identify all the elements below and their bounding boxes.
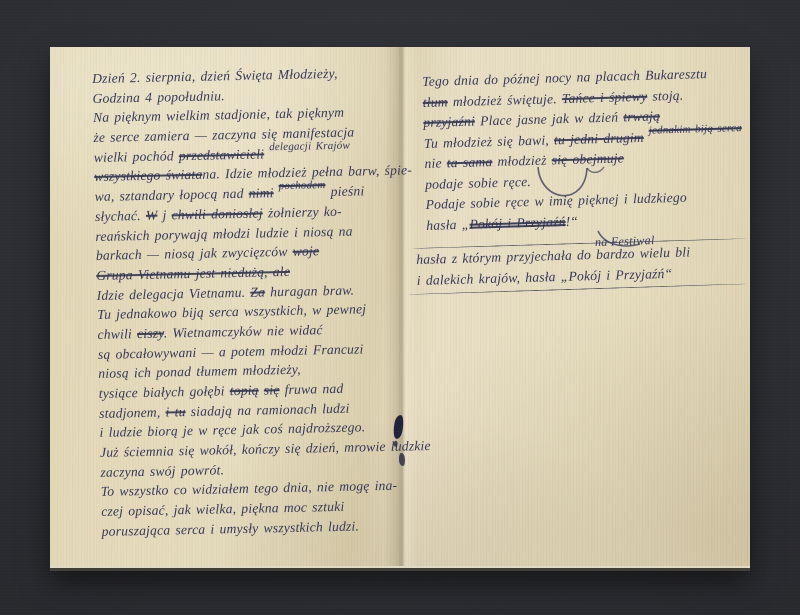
handwritten-text: stadjonem,	[99, 404, 166, 420]
handwritten-text: zaczyna swój powrót.	[100, 462, 224, 480]
manuscript-paper: Dzień 2. sierpnia, dzień Święta Młodzież…	[50, 47, 750, 566]
handwritten-text: młodzież świętuje.	[448, 91, 563, 109]
handwritten-text: wa, sztandary łopocą nad	[94, 186, 248, 204]
handwritten-text: Tu młodzież się bawi,	[424, 132, 554, 151]
struck-out-text: W	[146, 207, 158, 222]
handwritten-text	[264, 146, 269, 161]
struck-out-text: trwają	[623, 108, 660, 124]
right-page-text-upper: Tego dnia do późnej nocy na placach Buka…	[422, 65, 756, 238]
handwritten-text: fruwa nad	[279, 381, 343, 397]
handwritten-text: stoją.	[647, 87, 684, 103]
handwritten-text: wielki pochód	[94, 148, 179, 165]
handwritten-text: żołnierzy ko-	[263, 204, 342, 221]
struck-out-text: ciszy	[137, 325, 164, 341]
struck-out-text: topią	[230, 383, 259, 399]
handwritten-text: Place jasne jak w dzień	[475, 109, 624, 128]
handwritten-text: Tego dnia do późnej nocy na placach Buka…	[422, 66, 707, 89]
struck-out-text: się	[264, 382, 280, 397]
inserted-text: delegacji Krajów	[269, 139, 350, 153]
struck-out-text: przedstawicieli	[179, 146, 265, 163]
handwritten-text: huragan braw.	[265, 282, 354, 299]
handwritten-text: Godzina 4 popołudniu.	[92, 88, 224, 106]
struck-out-text: woje	[292, 243, 319, 259]
struck-out-text: przyjaźni	[423, 114, 475, 130]
struck-out-text: tu jedni drugim	[554, 129, 644, 147]
struck-out-text: Pokój i Przyjaźń	[469, 214, 565, 232]
struck-out-text: ta sama	[447, 154, 493, 170]
struck-out-text: się obejmuje	[552, 150, 625, 167]
inserted-text: pochodem	[279, 179, 326, 192]
handwritten-text: młodzież	[492, 152, 552, 169]
handwritten-text: barkach — niosą jak zwycięzców	[96, 244, 293, 263]
handwritten-text: podaje sobie ręce.	[425, 174, 531, 192]
handwritten-text: siadają na ramionach ludzi	[185, 400, 349, 418]
handwritten-text: chwili	[97, 326, 137, 342]
struck-out-text: i tu	[165, 404, 185, 419]
struck-out-text: Grupa Vietnamu jest niedużą, ale	[96, 264, 290, 283]
manuscript-photo: Dzień 2. sierpnia, dzień Święta Młodzież…	[0, 0, 800, 615]
handwritten-text: !“	[565, 213, 578, 228]
handwritten-text: Idzie delegacja Vietnamu.	[97, 284, 251, 302]
struck-out-text: tłum	[423, 94, 448, 110]
struck-out-text: Za	[250, 284, 265, 299]
handwritten-text: słychać.	[95, 208, 146, 224]
handwritten-text: hasła „	[426, 216, 470, 232]
handwritten-text: hasła z którym przyjechała do bardzo wie…	[416, 244, 690, 267]
struck-out-text: chwili doniosłej	[171, 205, 262, 222]
handwritten-text: tysiące białych gołębi	[99, 383, 230, 401]
struck-out-text: Tańce i śpiewy	[562, 88, 648, 105]
handwritten-text: j	[157, 207, 171, 222]
left-page-text: Dzień 2. sierpnia, dzień Święta Młodzież…	[92, 64, 422, 543]
handwritten-text: . Wietnamczyków nie widać	[164, 322, 323, 340]
handwritten-text: pieśni	[325, 183, 364, 199]
handwritten-text: nie	[424, 155, 447, 171]
handwritten-text: niosą ich ponad tłumem młodzieży,	[98, 362, 301, 381]
handwritten-text: Dzień 2. sierpnia, dzień Święta Młodzież…	[92, 66, 338, 86]
struck-out-text: nimi	[249, 185, 274, 201]
inserted-text: jednakim biją serca	[649, 122, 742, 137]
struck-out-text: wszystkiego świata	[94, 167, 202, 184]
